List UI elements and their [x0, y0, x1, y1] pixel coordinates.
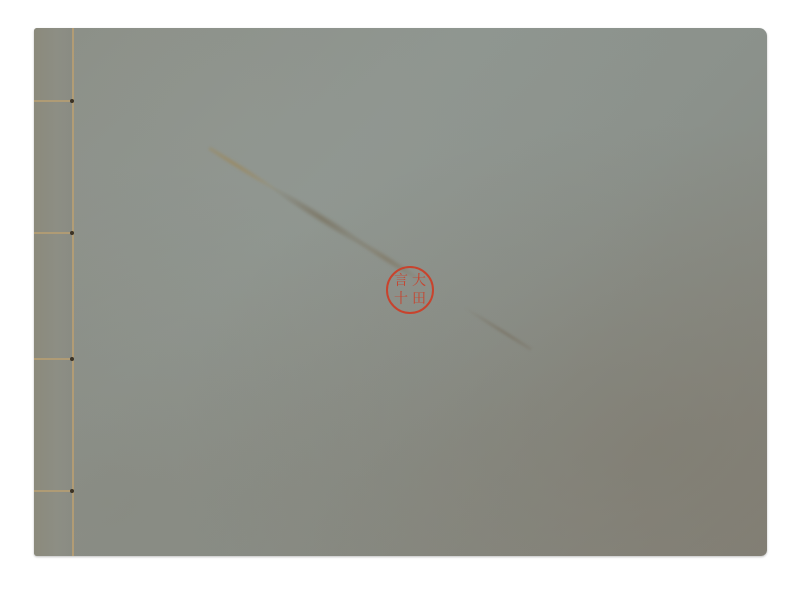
seal-character: 大: [410, 274, 428, 288]
stitch-hole: [70, 99, 74, 103]
seal-character: 十: [392, 292, 410, 306]
binding-stitch: [34, 100, 74, 102]
binding-thread: [72, 28, 74, 556]
stitch-hole: [70, 231, 74, 235]
book-spine: [34, 28, 72, 556]
red-seal-stamp: 言 大 十 田: [386, 266, 434, 314]
binding-stitch: [34, 490, 74, 492]
water-stain: [198, 131, 541, 366]
binding-stitch: [34, 358, 74, 360]
seal-character: 田: [410, 292, 428, 306]
seal-character: 言: [392, 274, 410, 288]
binding-stitch: [34, 232, 74, 234]
stitch-hole: [70, 357, 74, 361]
stitch-hole: [70, 489, 74, 493]
